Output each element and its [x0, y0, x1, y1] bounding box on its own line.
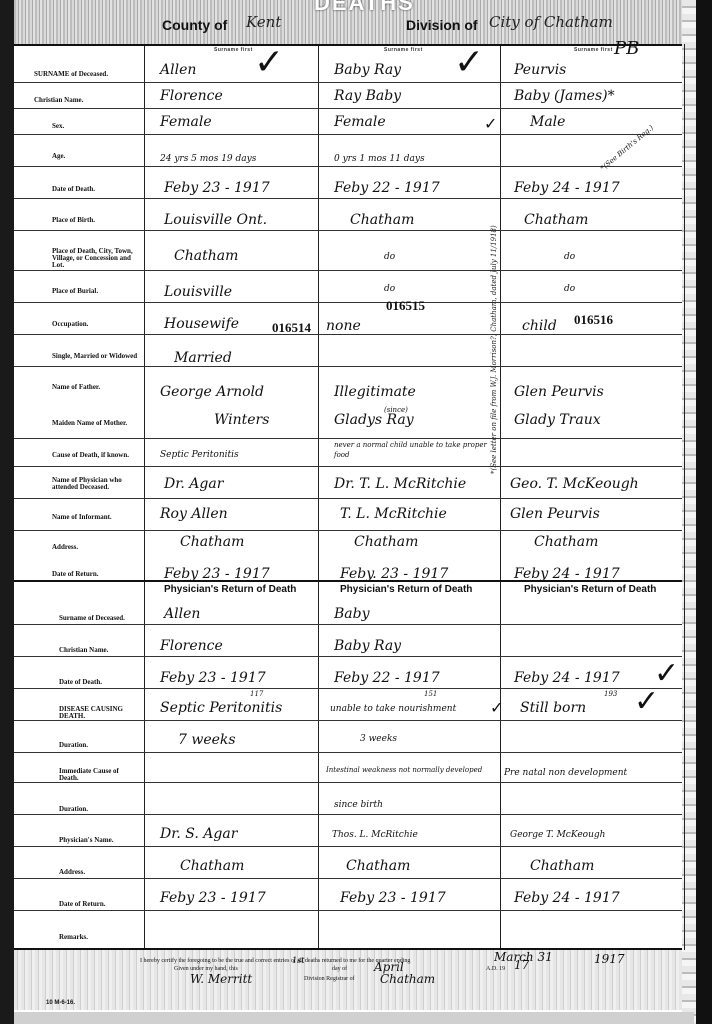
- row-rule: [14, 108, 682, 109]
- row-rule: [14, 166, 682, 167]
- record-1-surname: Allen: [160, 62, 196, 78]
- record-2-date-of-return: Feby. 23 - 1917: [340, 566, 448, 582]
- row-rule: [14, 270, 682, 271]
- pr-record-3-disease-code: 193: [604, 690, 617, 698]
- county-value: Kent: [246, 13, 281, 31]
- row-rule: [14, 302, 682, 303]
- pr-record-1-physician-name: Dr. S. Agar: [160, 826, 237, 842]
- record-2-reg-number: 016515: [386, 298, 425, 314]
- pr-record-2-surname: Baby: [334, 606, 370, 622]
- record-2-father: Illegitimate: [334, 384, 416, 400]
- physician-return-title-3: Physician's Return of Death: [524, 584, 656, 595]
- pr-record-3-disease: Still born: [520, 700, 586, 716]
- row-rule: [14, 438, 682, 439]
- registrar-signature: W. Merritt: [190, 972, 252, 986]
- row-rule: [14, 688, 682, 689]
- record-1-age: 24 yrs 5 mos 19 days: [160, 154, 256, 164]
- record-2-place-of-death: do: [384, 252, 395, 262]
- label-marital-status: Single, Married or Widowed: [52, 353, 182, 360]
- registrar-label: Division Registrar of: [304, 976, 355, 982]
- label-occupation: Occupation.: [52, 321, 182, 328]
- physician-return-title-1: Physician's Return of Death: [164, 584, 296, 595]
- label-date-of-return: Date of Return.: [52, 571, 182, 578]
- record-1-physician: Dr. Agar: [164, 476, 223, 492]
- record-1-place-of-birth: Louisville Ont.: [164, 212, 267, 228]
- pr-record-2-date-of-return: Feby 23 - 1917: [340, 890, 446, 906]
- label-place-of-death: Place of Death, City, Town, Village, or …: [52, 248, 144, 269]
- row-rule: [14, 624, 682, 625]
- pr-record-1-date-of-death: Feby 23 - 1917: [160, 670, 266, 686]
- label-physician: Name of Physician who attended Deceased.: [52, 477, 144, 491]
- row-rule: [14, 466, 682, 467]
- scan-left-border: [0, 0, 14, 1024]
- pr-label-duration: Duration.: [59, 742, 189, 749]
- record-2-physician: Dr. T. L. McRitchie: [334, 476, 466, 492]
- pr-record-1-surname: Allen: [164, 606, 200, 622]
- pr-record-3-date-of-return: Feby 24 - 1917: [514, 890, 620, 906]
- column-header-3: Surname first: [574, 47, 613, 53]
- certification-line-1: I hereby certify the foregoing to be the…: [140, 958, 410, 964]
- record-3-place-of-birth: Chatham: [524, 212, 588, 228]
- checkmark-icon: ✓: [454, 42, 484, 83]
- record-2-place-of-birth: Chatham: [350, 212, 414, 228]
- row-rule: [14, 910, 682, 911]
- record-2-sex: Female: [334, 114, 386, 130]
- row-rule: [14, 334, 682, 335]
- record-3-place-of-burial: do: [564, 284, 575, 294]
- row-rule: [14, 134, 682, 135]
- record-2-mother-maiden: Gladys Ray: [334, 412, 414, 428]
- record-2-surname: Baby Ray: [334, 62, 401, 78]
- pr-label-address: Address.: [59, 869, 189, 876]
- record-3-address: Chatham: [534, 534, 598, 550]
- form-code: 10 M-6-16.: [46, 1000, 75, 1006]
- certification-ad-year: 17: [514, 958, 529, 972]
- record-2-age: 0 yrs 1 mos 11 days: [334, 154, 425, 164]
- vertical-margin-note: *(See letter on file from W.J. Morrison?…: [490, 225, 498, 474]
- record-2-informant: T. L. McRitchie: [340, 506, 447, 522]
- pr-record-2-date-of-death: Feby 22 - 1917: [334, 670, 440, 686]
- pr-record-1-date-of-return: Feby 23 - 1917: [160, 890, 266, 906]
- record-2-place-of-burial: do: [384, 284, 395, 294]
- record-3-surname: Peurvis: [514, 62, 566, 78]
- record-3-occupation: child: [522, 318, 557, 334]
- corner-mark: PB: [614, 38, 639, 59]
- record-1-cause-of-death: Septic Peritonitis: [160, 450, 239, 460]
- label-surname: SURNAME of Deceased.: [34, 71, 164, 78]
- death-register-form: Surname first Surname first Surname firs…: [14, 44, 682, 950]
- scan-bottom-edge: [14, 1012, 694, 1024]
- pr-record-3-date-of-death: Feby 24 - 1917: [514, 670, 620, 686]
- record-1-place-of-death: Chatham: [174, 248, 238, 264]
- pr-record-2-immediate-cause: Intestinal weakness not normally develop…: [326, 766, 502, 774]
- top-rule: [14, 44, 682, 46]
- record-3-physician: Geo. T. McKeough: [510, 476, 639, 492]
- label-place-of-birth: Place of Birth.: [52, 217, 182, 224]
- row-rule: [14, 846, 682, 847]
- row-rule: [14, 656, 682, 657]
- division-label: Division of: [406, 17, 478, 33]
- pr-record-3-address: Chatham: [530, 858, 594, 874]
- checkmark-icon: ✓: [490, 698, 503, 717]
- record-2-date-of-death: Feby 22 - 1917: [334, 180, 440, 196]
- pr-label-immediate-cause: Immediate Cause of Death.: [59, 768, 139, 782]
- pr-record-3-physician-name: George T. McKeough: [510, 830, 605, 840]
- pr-record-1-christian-name: Florence: [160, 638, 223, 654]
- pr-record-1-disease: Septic Peritonitis: [160, 700, 282, 716]
- certification-day-of: day of: [332, 966, 347, 972]
- pr-record-1-address: Chatham: [180, 858, 244, 874]
- pr-record-2-duration: 3 weeks: [360, 734, 397, 744]
- row-rule: [14, 198, 682, 199]
- record-3-sex: Male: [530, 114, 565, 130]
- document-title: DEATHS: [314, 0, 415, 16]
- pr-record-2-physician-name: Thos. L. McRitchie: [332, 830, 418, 840]
- record-1-informant: Roy Allen: [160, 506, 228, 522]
- checkmark-icon: ✓: [484, 114, 497, 133]
- record-3-date-of-return: Feby 24 - 1917: [514, 566, 620, 582]
- row-rule: [14, 530, 682, 531]
- record-3-mother-maiden: Glady Traux: [514, 412, 601, 428]
- checkmark-icon: ✓: [634, 684, 659, 719]
- row-rule: [14, 230, 682, 231]
- row-rule: [14, 878, 682, 879]
- row-rule: [14, 752, 682, 753]
- physician-return-title-2: Physician's Return of Death: [340, 584, 472, 595]
- record-1-sex: Female: [160, 114, 212, 130]
- label-mother-maiden: Maiden Name of Mother.: [52, 420, 182, 427]
- record-1-marital-status: Married: [174, 350, 232, 366]
- row-rule: [14, 814, 682, 815]
- column-header-1: Surname first: [214, 47, 253, 53]
- pr-label-remarks: Remarks.: [59, 934, 189, 941]
- record-2-cause-of-death: never a normal child unable to take prop…: [334, 440, 494, 460]
- pr-label-immediate-duration: Duration.: [59, 806, 189, 813]
- row-rule: [14, 498, 682, 499]
- record-3-informant: Glen Peurvis: [510, 506, 600, 522]
- record-1-address: Chatham: [180, 534, 244, 550]
- pr-record-3-immediate-cause: Pre natal non development: [504, 768, 627, 778]
- certification-footer: I hereby certify the foregoing to be the…: [14, 950, 682, 1010]
- record-1-reg-number: 016514: [272, 320, 311, 336]
- registrar-place: Chatham: [380, 972, 435, 986]
- record-3-date-of-death: Feby 24 - 1917: [514, 180, 620, 196]
- pr-record-1-disease-code: 117: [250, 690, 263, 698]
- column-header-2: Surname first: [384, 47, 423, 53]
- record-3-father: Glen Peurvis: [514, 384, 604, 400]
- certification-day: 1st: [292, 956, 304, 965]
- county-label: County of: [162, 17, 227, 33]
- record-1-place-of-burial: Louisville: [164, 284, 232, 300]
- record-3-christian-name: Baby (James)*: [514, 88, 615, 104]
- record-2-address: Chatham: [354, 534, 418, 550]
- pr-record-2-christian-name: Baby Ray: [334, 638, 401, 654]
- column-divider: [684, 44, 685, 950]
- row-rule: [14, 782, 682, 783]
- pr-record-1-duration: 7 weeks: [178, 732, 236, 748]
- record-2-christian-name: Ray Baby: [334, 88, 401, 104]
- pr-label-disease: DISEASE CAUSING DEATH.: [59, 706, 139, 720]
- label-date-of-death: Date of Death.: [52, 186, 182, 193]
- record-1-occupation: Housewife: [164, 316, 239, 332]
- certification-year: 1917: [594, 952, 625, 966]
- pr-record-2-address: Chatham: [346, 858, 410, 874]
- record-1-date-of-death: Feby 23 - 1917: [164, 180, 270, 196]
- division-value: City of Chatham: [489, 13, 613, 31]
- row-rule: [14, 82, 682, 83]
- record-1-father: George Arnold: [160, 384, 264, 400]
- record-1-mother-maiden: Winters: [214, 412, 269, 428]
- checkmark-icon: ✓: [254, 42, 284, 83]
- label-place-of-burial: Place of Burial.: [52, 288, 182, 295]
- label-address: Address.: [52, 544, 182, 551]
- record-3-reg-number: 016516: [574, 312, 613, 328]
- pr-record-2-disease: unable to take nourishment: [330, 704, 456, 714]
- row-rule: [14, 720, 682, 721]
- record-2-occupation: none: [326, 318, 361, 334]
- pr-record-2-immediate-duration: since birth: [334, 800, 383, 810]
- record-1-date-of-return: Feby 23 - 1917: [164, 566, 270, 582]
- row-rule: [14, 366, 682, 367]
- document-header: DEATHS County of Kent Division of City o…: [14, 0, 682, 46]
- pr-record-2-disease-code: 151: [424, 690, 437, 698]
- record-1-christian-name: Florence: [160, 88, 223, 104]
- certification-ad-label: A.D. 19: [486, 966, 505, 972]
- label-christian-name: Christian Name.: [34, 97, 164, 104]
- record-3-place-of-death: do: [564, 252, 575, 262]
- scan-right-border: [696, 0, 712, 1024]
